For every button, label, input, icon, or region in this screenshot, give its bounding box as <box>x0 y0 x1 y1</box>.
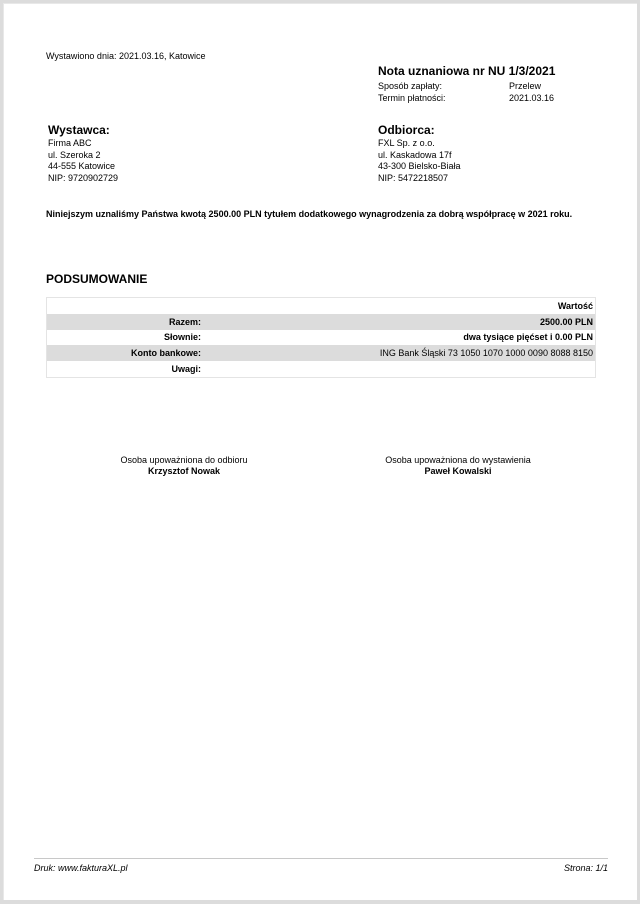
buyer-block: Odbiorca: FXL Sp. z o.o. ul. Kaskadowa 1… <box>378 123 461 184</box>
footer-print-source: Druk: www.fakturaXL.pl <box>34 863 128 873</box>
issue-date-place: Wystawiono dnia: 2021.03.16, Katowice <box>46 51 206 61</box>
seller-city: 44-555 Katowice <box>48 161 118 173</box>
seller-name: Firma ABC <box>48 138 118 150</box>
document-page: Wystawiono dnia: 2021.03.16, Katowice No… <box>3 3 637 900</box>
signature-issuer: Osoba upoważniona do wystawienia Paweł K… <box>358 455 558 477</box>
footer-divider <box>34 858 608 859</box>
summary-title: PODSUMOWANIE <box>46 272 147 286</box>
notes-label: Uwagi: <box>47 361 204 377</box>
credit-statement: Niniejszym uznaliśmy Państwa kwotą 2500.… <box>46 208 596 220</box>
in-words-label: Słownie: <box>47 330 204 346</box>
summary-row-total: Razem: 2500.00 PLN <box>47 314 596 330</box>
payment-due-value: 2021.03.16 <box>509 92 554 104</box>
bank-account-value: ING Bank Śląski 73 1050 1070 1000 0090 8… <box>203 345 596 361</box>
payment-due-label: Termin płatności: <box>378 92 509 104</box>
payment-method-row: Sposób zapłaty: Przelew <box>378 80 554 92</box>
total-label: Razem: <box>47 314 204 330</box>
summary-row-bank-account: Konto bankowe: ING Bank Śląski 73 1050 1… <box>47 345 596 361</box>
payment-method-value: Przelew <box>509 80 541 92</box>
buyer-nip: NIP: 5472218507 <box>378 173 461 185</box>
summary-table: Wartość Razem: 2500.00 PLN Słownie: dwa … <box>46 297 596 378</box>
issuer-name: Paweł Kowalski <box>358 466 558 477</box>
seller-nip: NIP: 9720902729 <box>48 173 118 185</box>
buyer-city: 43-300 Bielsko-Biała <box>378 161 461 173</box>
footer-page-number: Strona: 1/1 <box>564 863 608 873</box>
payment-method-label: Sposób zapłaty: <box>378 80 509 92</box>
summary-header-label <box>47 298 204 314</box>
in-words-value: dwa tysiące pięćset i 0.00 PLN <box>203 330 596 346</box>
payment-due-row: Termin płatności: 2021.03.16 <box>378 92 554 104</box>
seller-block: Wystawca: Firma ABC ul. Szeroka 2 44-555… <box>48 123 118 184</box>
bank-account-label: Konto bankowe: <box>47 345 204 361</box>
buyer-street: ul. Kaskadowa 17f <box>378 150 461 162</box>
seller-heading: Wystawca: <box>48 123 118 137</box>
summary-row-notes: Uwagi: <box>47 361 596 377</box>
seller-street: ul. Szeroka 2 <box>48 150 118 162</box>
receiver-name: Krzysztof Nowak <box>84 466 284 477</box>
issuer-role: Osoba upoważniona do wystawienia <box>358 455 558 466</box>
total-value: 2500.00 PLN <box>203 314 596 330</box>
receiver-role: Osoba upoważniona do odbioru <box>84 455 284 466</box>
summary-row-in-words: Słownie: dwa tysiące pięćset i 0.00 PLN <box>47 330 596 346</box>
payment-details: Sposób zapłaty: Przelew Termin płatności… <box>378 80 554 104</box>
document-title: Nota uznaniowa nr NU 1/3/2021 <box>378 64 555 78</box>
buyer-name: FXL Sp. z o.o. <box>378 138 461 150</box>
notes-value <box>203 361 596 377</box>
buyer-heading: Odbiorca: <box>378 123 461 137</box>
summary-header-row: Wartość <box>47 298 596 314</box>
signature-receiver: Osoba upoważniona do odbioru Krzysztof N… <box>84 455 284 477</box>
summary-header-value: Wartość <box>203 298 596 314</box>
